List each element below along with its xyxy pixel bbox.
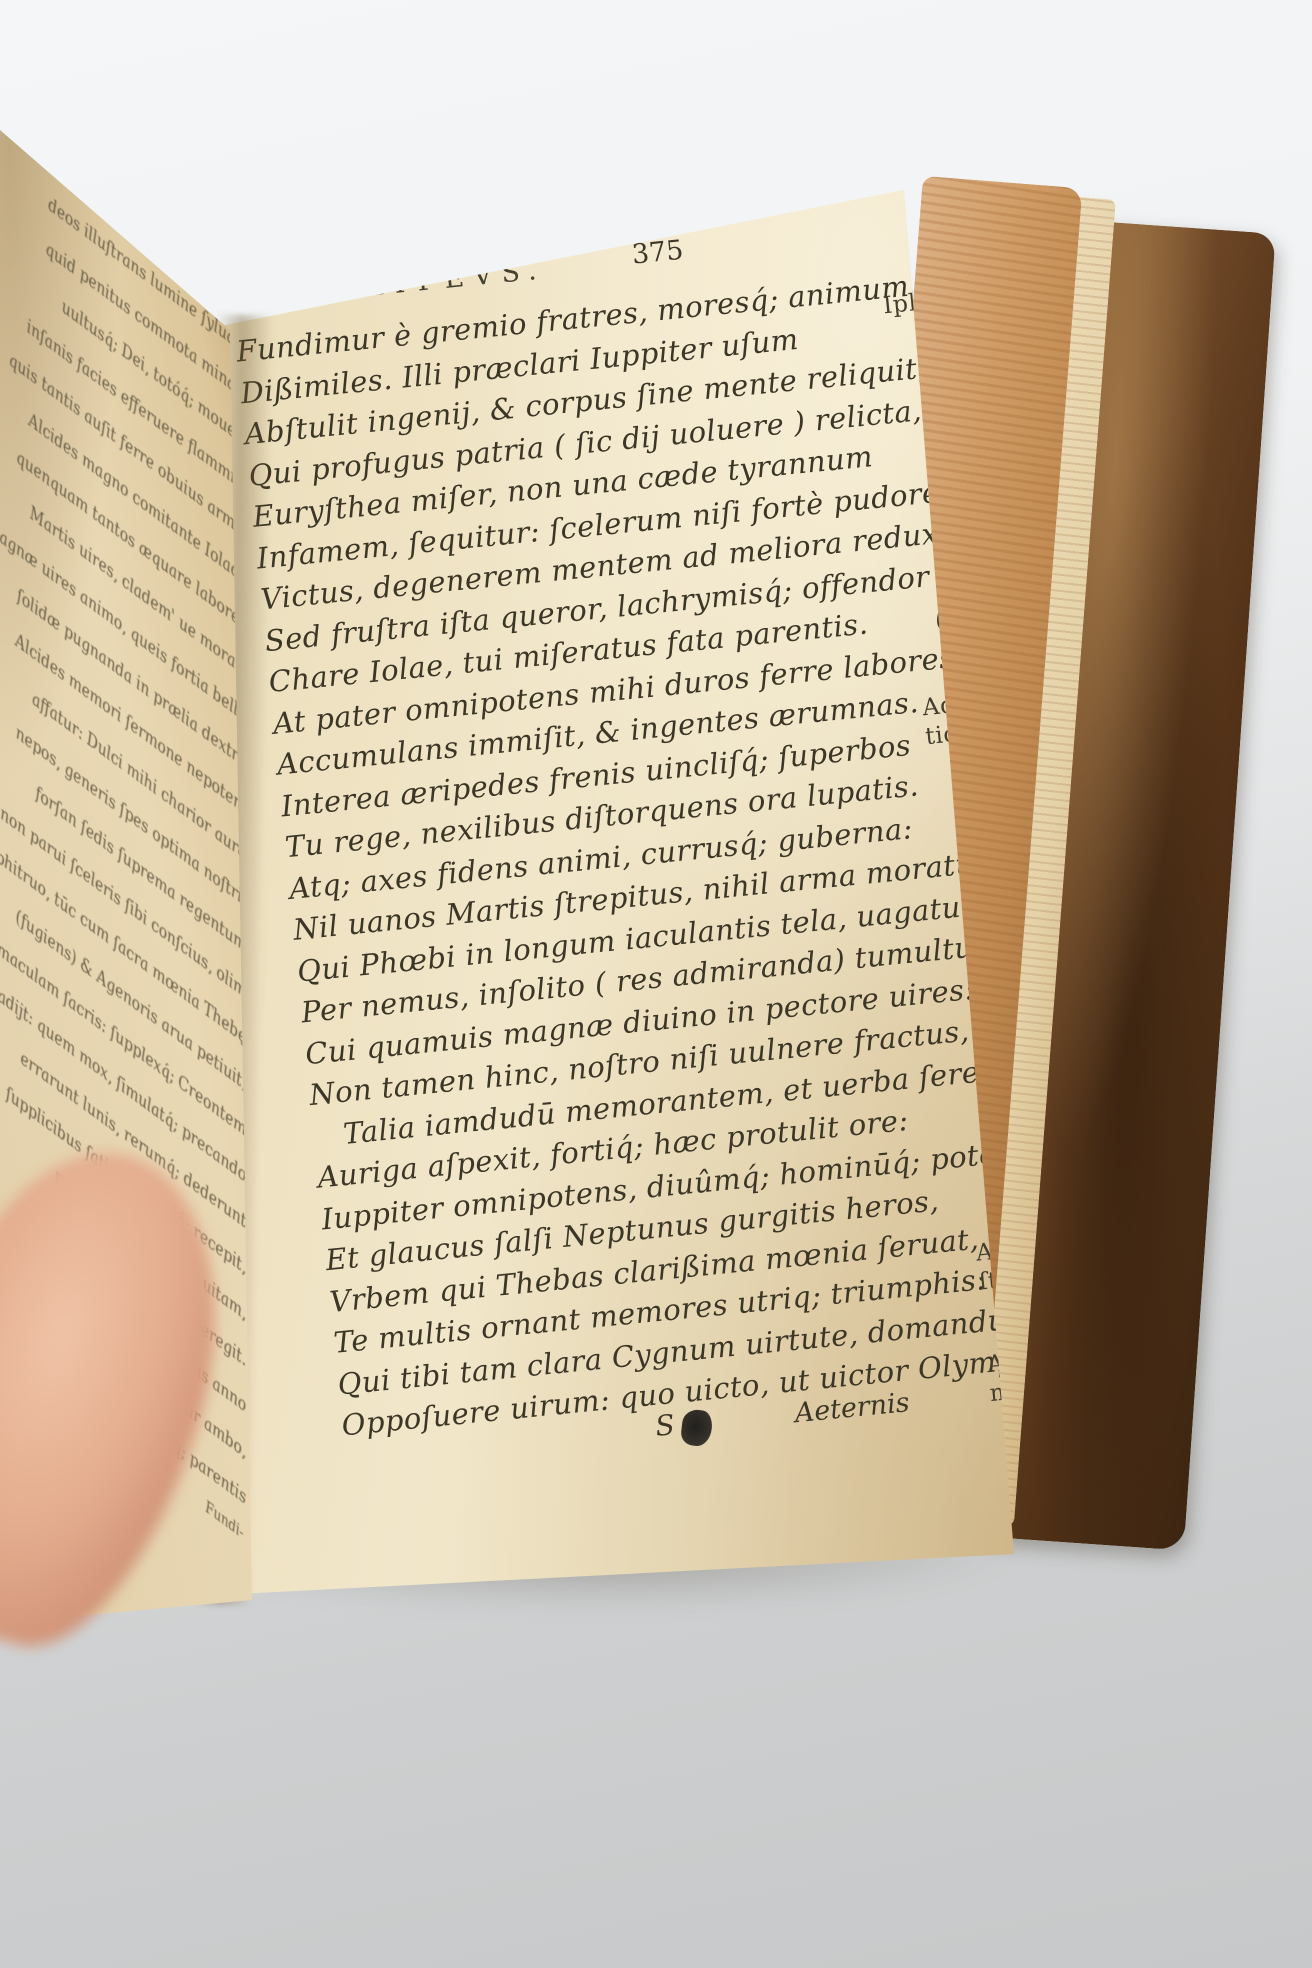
ink-blot bbox=[680, 1408, 714, 1447]
gathering-signature: S bbox=[654, 1408, 676, 1443]
photo-scene: CLYPEVS. 375 Fundimur è gremio fratres, … bbox=[0, 0, 1312, 1968]
